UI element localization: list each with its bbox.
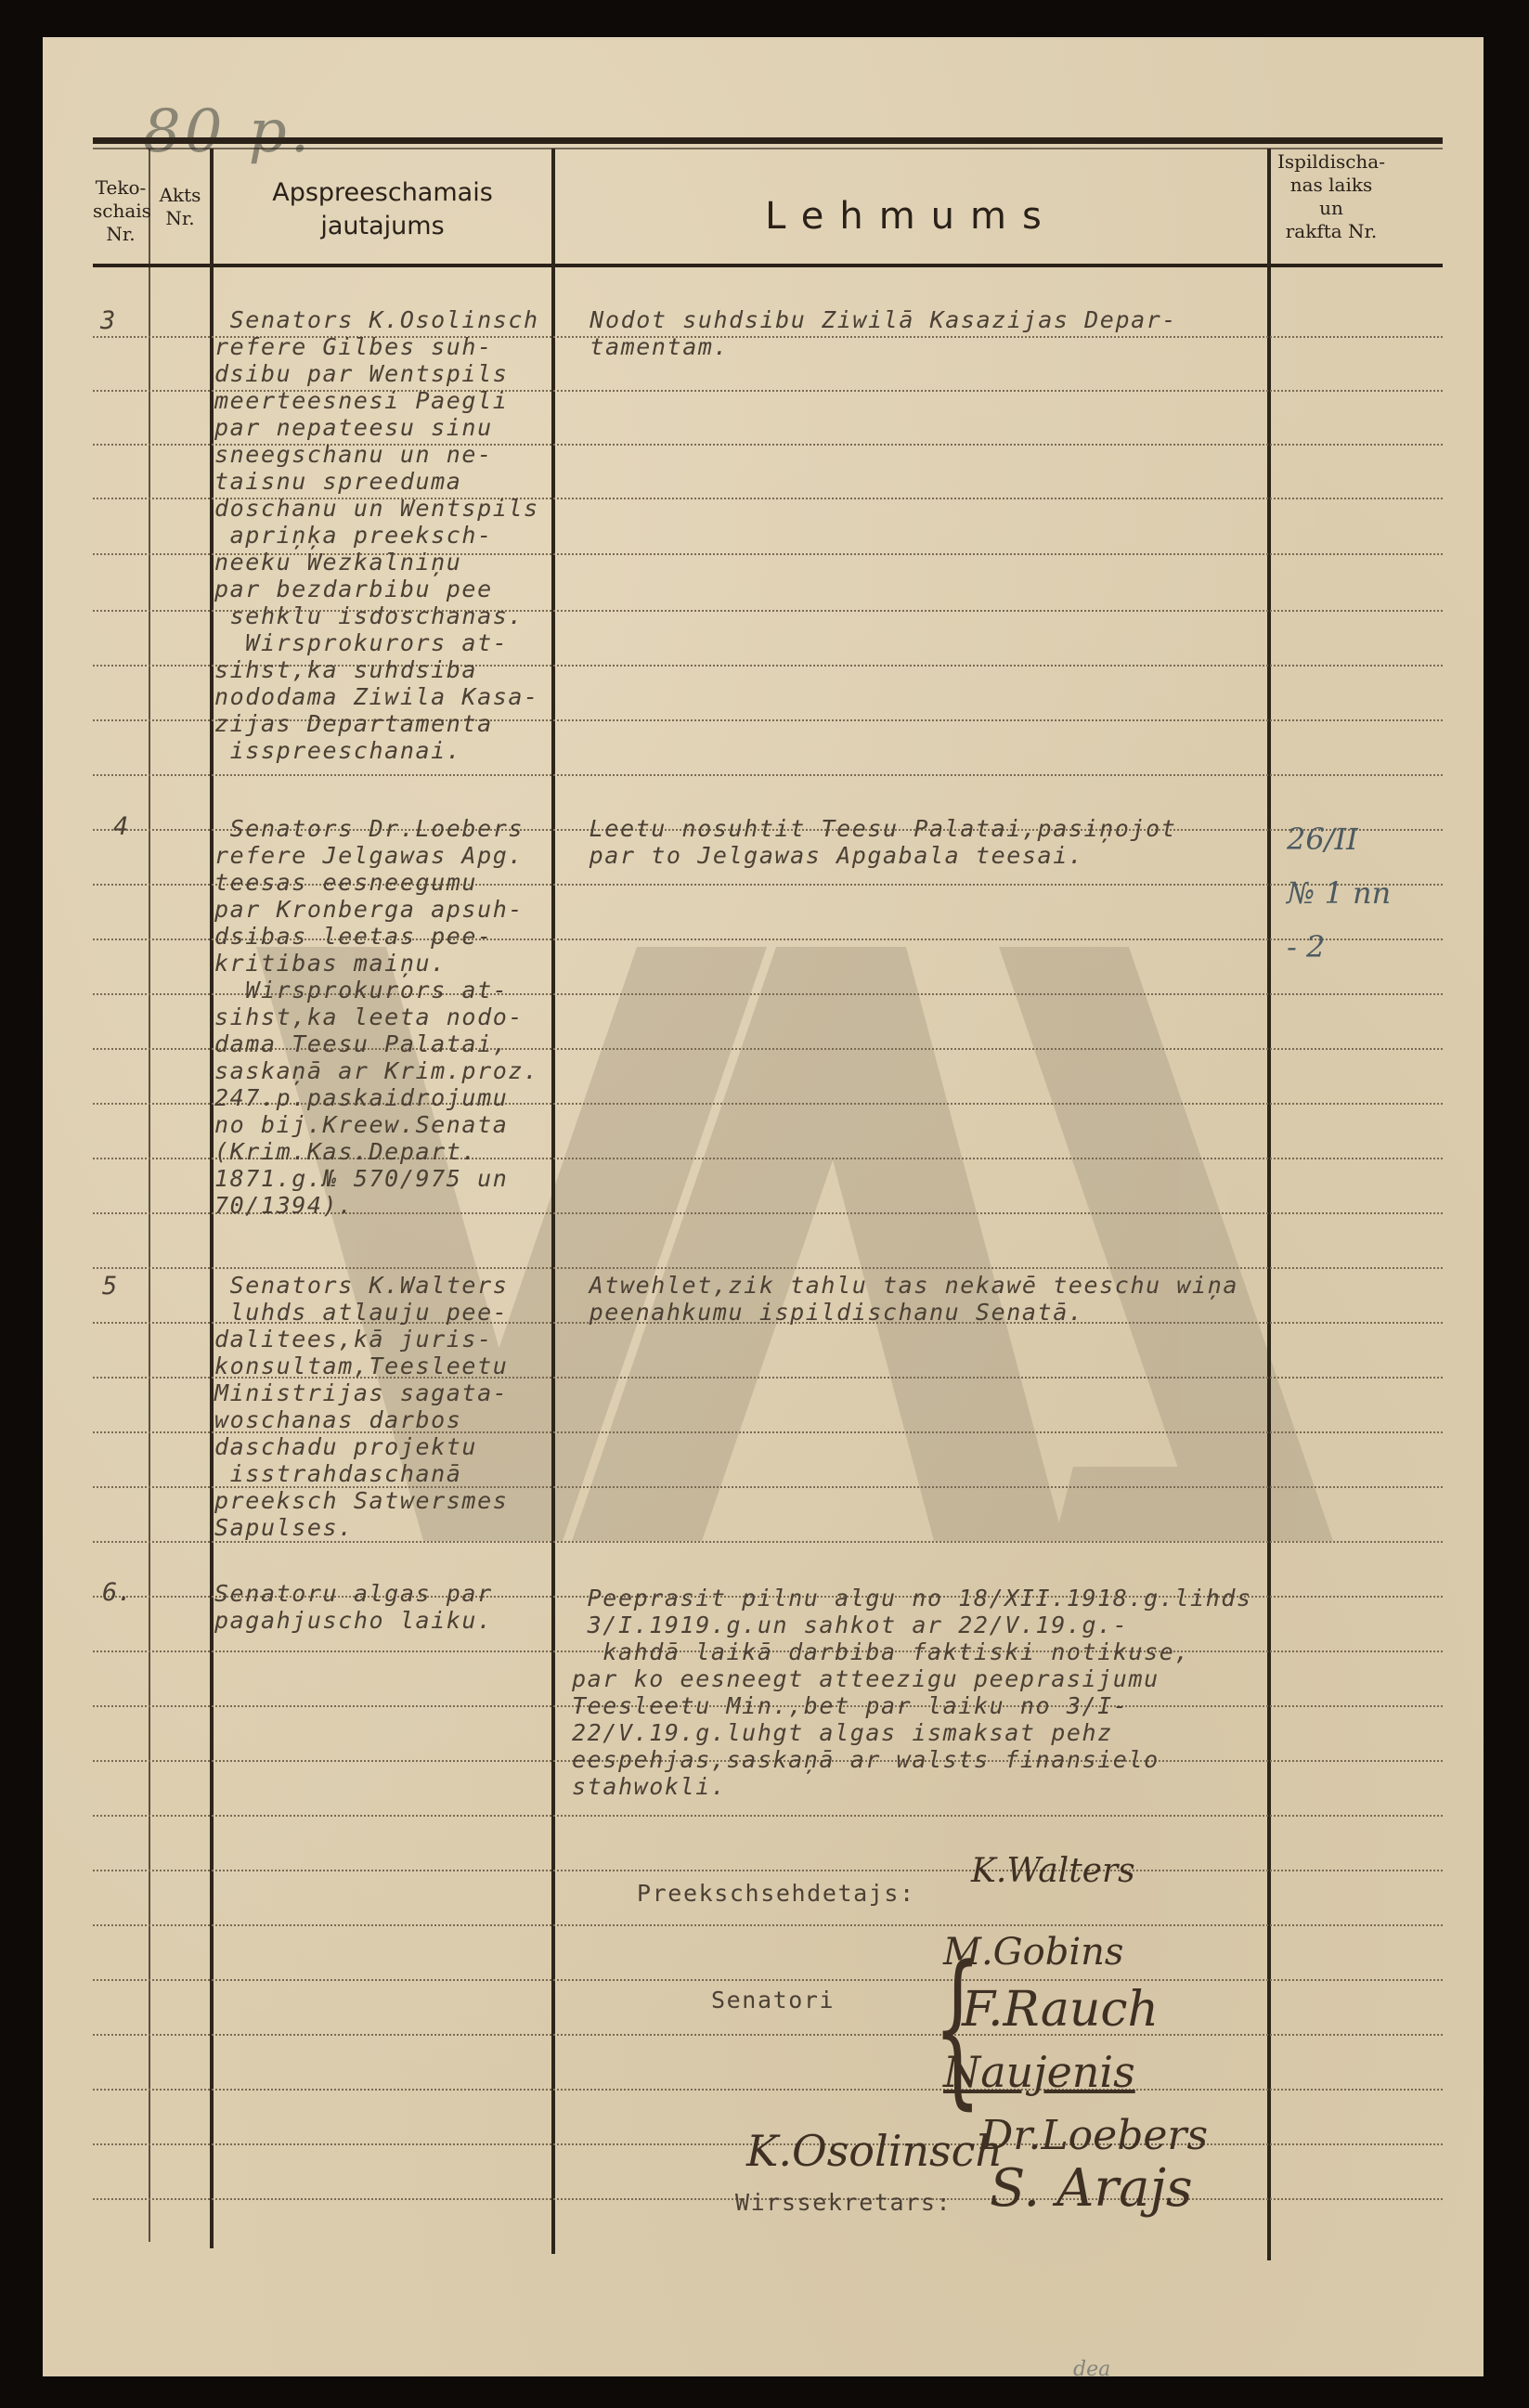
row-execution-note: 26/II № 1 nn - 2 [1287,812,1391,974]
row-number: 5 [102,1272,117,1301]
header-col-no-line: Nr. [93,223,149,246]
col-divider-3 [551,149,555,2254]
header-col-question-line: Apspreeschamais [214,176,551,210]
header-col-akts-line: Nr. [150,207,210,230]
senator-signature: K.Osolinsch [746,2126,1003,2176]
row-question: Senators Dr.Loebers refere Jelgawas Apg.… [214,815,539,1219]
row-decision: Peeprasit pilnu algu no 18/XII.1918.g.li… [572,1585,1252,1800]
row-decision: Nodot suhdsibu Ziwilā Kasazijas Depar- t… [559,306,1177,360]
secretary-signature: S. Arajs [990,2158,1193,2219]
col-divider-1 [149,149,150,2242]
header-col-execution: Ispildischa- nas laiks un rakfta Nr. [1271,150,1392,243]
header-col-no-line: Teko- [93,176,149,200]
row-question: Senatoru algas par pagahjuscho laiku. [214,1580,493,1634]
bottom-stamp-fragment: dea [1073,2358,1110,2381]
senators-label: Senatori [711,1987,835,2013]
header-top-rule [93,137,1443,144]
senator-signature: M.Gobins [943,1931,1123,1974]
senator-signature: F.Rauch [962,1982,1159,2038]
row-number: 6. [102,1578,133,1607]
header-top-hairline [93,148,1443,149]
pencil-page-number: 80 p. [143,97,313,166]
header-col-decision: Lehmums [555,195,1267,238]
header-col-no: Teko- schais Nr. [93,176,149,246]
header-col-execution-line: nas laiks [1271,174,1392,197]
row-number: 4 [113,812,128,841]
col-divider-4 [1267,149,1271,2260]
row-question: Senators K.Walters luhds atlauju pee- da… [214,1272,508,1541]
header-col-question-line: jautajums [214,210,551,243]
row-number: 3 [100,306,115,335]
row-decision: Leetu nosuhtit Teesu Palatai,pasiņojot p… [574,815,1176,869]
header-col-execution-line: Ispildischa- [1271,150,1392,174]
senator-signature: Dr.Loebers [980,2112,1208,2159]
secretary-label: Wirssekretars: [735,2189,952,2216]
chairman-label: Preekschsehdetajs: [637,1880,915,1907]
senator-signature: Naujenis [943,2047,1135,2097]
header-col-question: Apspreeschamais jautajums [214,176,551,243]
chairman-signature: K.Walters [971,1852,1135,1890]
row-question: Senators K.Osolinsch refere Gilbes suh- … [214,306,539,764]
header-bottom-rule [93,264,1443,267]
row-decision: Atwehlet,zik tahlu tas nekawē teeschu wi… [574,1272,1238,1326]
header-col-execution-line: rakfta Nr. [1271,220,1392,243]
document-page: 80 p. Teko- schais Nr. Akts Nr. Apsprees… [43,37,1484,2376]
header-col-akts: Akts Nr. [150,184,210,230]
header-col-no-line: schais [93,200,149,223]
col-divider-2 [210,149,214,2248]
header-col-akts-line: Akts [150,184,210,207]
header-col-execution-line: un [1271,197,1392,220]
